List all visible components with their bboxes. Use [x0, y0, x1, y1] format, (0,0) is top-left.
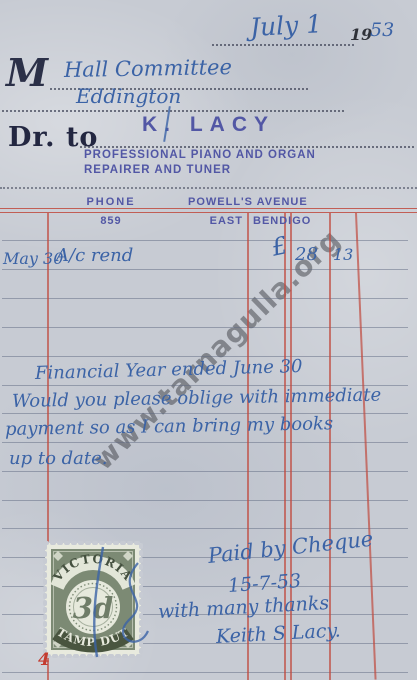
handwritten-date: July 1	[249, 9, 323, 42]
cancellation-ink-strokes	[40, 535, 185, 675]
addressee-rule-line2	[2, 110, 344, 112]
ruled-line	[2, 356, 408, 357]
red-pencil-mark: 4	[38, 650, 50, 670]
printed-year-prefix: 19	[350, 25, 372, 44]
handwritten-address-town: Eddington	[76, 84, 181, 108]
ink-stroke-loop	[123, 563, 148, 642]
handwritten-year: 53	[370, 19, 394, 41]
ruled-line	[2, 442, 408, 443]
red-rule-top	[0, 208, 417, 209]
entry-date: May 30	[3, 249, 63, 268]
ruled-line	[2, 298, 408, 299]
entry-description: A/c rend	[56, 245, 133, 266]
ruled-line	[2, 471, 408, 472]
business-name: K. LACY	[142, 113, 275, 137]
note-line4: up to date.	[9, 448, 108, 469]
street-address: POWELL'S AVENUE	[188, 196, 306, 208]
ruled-line	[2, 327, 408, 328]
date-rule-line	[212, 44, 354, 46]
letterhead-divider-line	[0, 187, 417, 189]
ruled-line	[2, 500, 408, 501]
phone-number: 859	[86, 215, 136, 227]
phone-label: PHONE	[86, 196, 136, 208]
invoice-document: www.tarnagulla.org July 1 19 53 M Hall C…	[0, 0, 417, 680]
ink-stroke-vertical	[94, 547, 103, 657]
ruled-line	[2, 413, 408, 414]
dr-to-rule-line	[80, 146, 414, 148]
city-east: EAST	[198, 215, 243, 227]
tagline-line1: PROFESSIONAL PIANO AND ORGAN	[84, 149, 256, 161]
ruled-line	[2, 269, 408, 270]
city-bendigo: BENDIGO	[253, 215, 311, 227]
handwritten-addressee: Hall Committee	[64, 55, 232, 82]
ruled-line	[2, 240, 408, 241]
tagline-line2: REPAIRER AND TUNER	[84, 164, 230, 176]
entry-amount-shillings: 13	[333, 245, 353, 264]
entry-amount-pounds: 28	[295, 244, 318, 265]
printed-addressee-prefix: M	[6, 50, 48, 95]
